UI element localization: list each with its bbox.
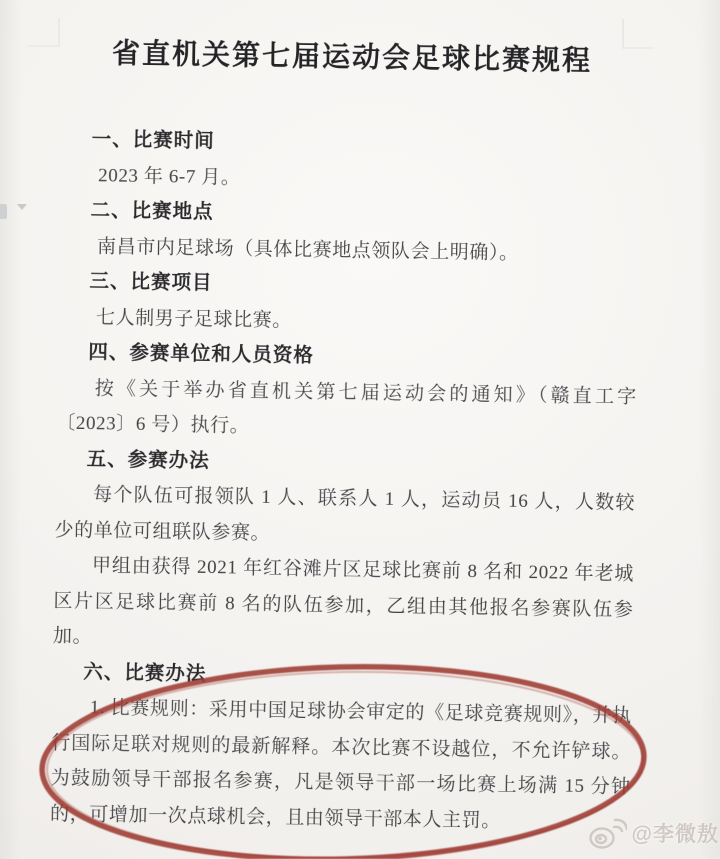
document-page: 省直机关第七届运动会足球比赛规程 一、比赛时间 2023 年 6-7 月。 二、… — [0, 0, 720, 842]
section-4-paragraph: 按《关于举办省直机关第七届运动会的通知》（赣直工字〔2023〕6 号）执行。 — [56, 370, 637, 450]
watermark-text: @李微敖 — [632, 818, 719, 848]
section-5-paragraph-2: 甲组由获得 2021 年红谷滩片区足球比赛前 8 名和 2022 年老城区片区足… — [53, 548, 635, 664]
document-photo: 省直机关第七届运动会足球比赛规程 一、比赛时间 2023 年 6-7 月。 二、… — [0, 0, 720, 859]
weibo-icon — [587, 815, 627, 851]
document-body: 一、比赛时间 2023 年 6-7 月。 二、比赛地点 南昌市内足球场（具体比赛… — [50, 122, 641, 841]
document-title: 省直机关第七届运动会足球比赛规程 — [62, 36, 642, 81]
section-6-paragraph-circled: 1. 比赛规则：采用中国足球协会审定的《足球竞赛规则》，并执行国际足联对规则的最… — [50, 690, 632, 841]
watermark: @李微敖 — [587, 815, 719, 851]
section-5-paragraph-1: 每个队伍可报领队 1 人、联系人 1 人，运动员 16 人，人数较少的单位可组联… — [54, 477, 635, 557]
